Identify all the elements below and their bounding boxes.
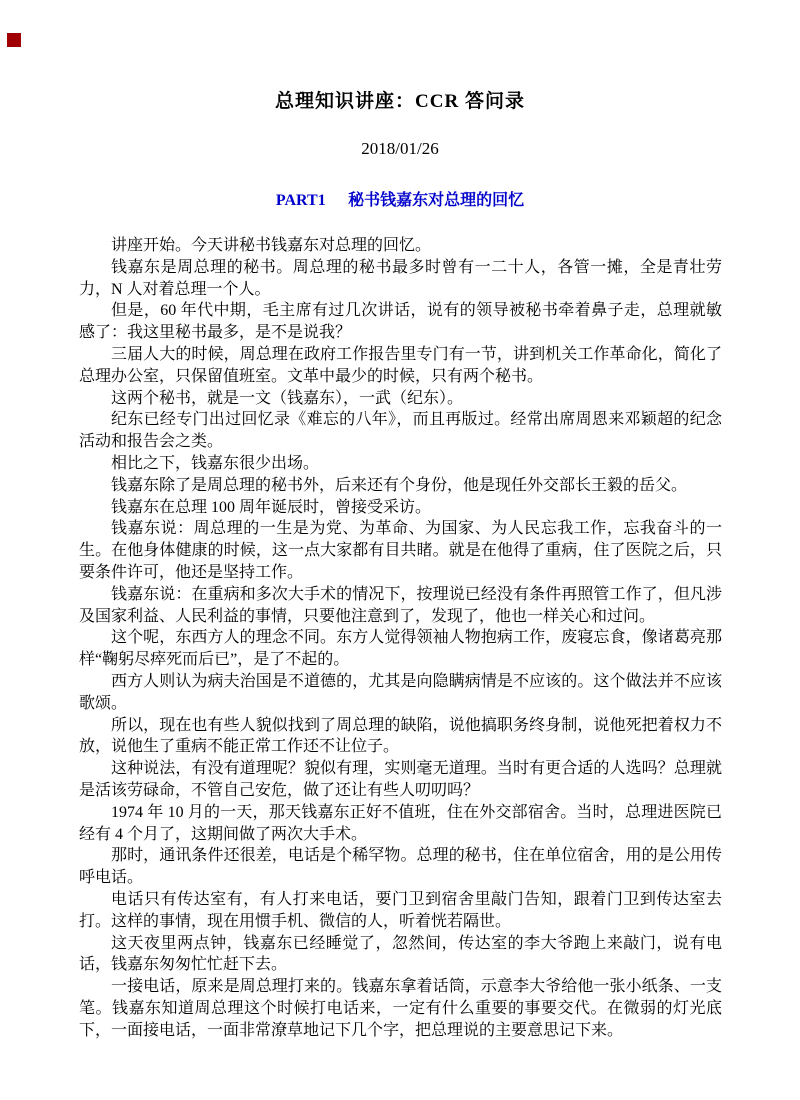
paragraph: 相比之下，钱嘉东很少出场。 [79, 453, 722, 475]
paragraph: 三届人大的时候，周总理在政府工作报告里专门有一节，讲到机关工作革命化，简化了总理… [79, 344, 722, 388]
paragraph: 这个呢，东西方人的理念不同。东方人觉得领袖人物抱病工作，废寝忘食，像诸葛亮那样“… [79, 627, 722, 671]
paragraph: 钱嘉东说：周总理的一生是为党、为革命、为国家、为人民忘我工作，忘我奋斗的一生。在… [79, 518, 722, 583]
paragraph: 所以，现在也有些人貌似找到了周总理的缺陷，说他搞职务终身制，说他死把着权力不放，… [79, 715, 722, 759]
section-heading: PART1秘书钱嘉东对总理的回忆 [0, 191, 800, 210]
paragraph: 讲座开始。今天讲秘书钱嘉东对总理的回忆。 [79, 235, 722, 257]
paragraph: 但是，60 年代中期，毛主席有过几次讲话，说有的领导被秘书牵着鼻子走，总理就敏感… [79, 300, 722, 344]
paragraph: 钱嘉东在总理 100 周年诞辰时，曾接受采访。 [79, 497, 722, 519]
paragraph: 1974 年 10 月的一天，那天钱嘉东正好不值班，住在外交部宿舍。当时，总理进… [79, 802, 722, 846]
paragraph: 纪东已经专门出过回忆录《难忘的八年》，而且再版过。经常出席周恩来邓颖超的纪念活动… [79, 409, 722, 453]
document-date: 2018/01/26 [0, 139, 800, 159]
paragraph: 这两个秘书，就是一文（钱嘉东），一武（纪东）。 [79, 388, 722, 410]
paragraph: 钱嘉东是周总理的秘书。周总理的秘书最多时曾有一二十人，各管一摊，全是青壮劳力，N… [79, 257, 722, 301]
paragraph: 钱嘉东除了是周总理的秘书外，后来还有个身份，他是现任外交部长王毅的岳父。 [79, 475, 722, 497]
paragraph: 一接电话，原来是周总理打来的。钱嘉东拿着话筒，示意李大爷给他一张小纸条、一支笔。… [79, 976, 722, 1041]
paragraph: 电话只有传达室有，有人打来电话，要门卫到宿舍里敲门告知，跟着门卫到传达室去打。这… [79, 889, 722, 933]
document-body: 讲座开始。今天讲秘书钱嘉东对总理的回忆。钱嘉东是周总理的秘书。周总理的秘书最多时… [79, 235, 722, 1041]
paragraph: 这天夜里两点钟，钱嘉东已经睡觉了，忽然间，传达室的李大爷跑上来敲门，说有电话，钱… [79, 933, 722, 977]
document-page: 总理知识讲座：CCR 答问录 2018/01/26 PART1秘书钱嘉东对总理的… [0, 0, 800, 1100]
section-title: 秘书钱嘉东对总理的回忆 [348, 192, 524, 209]
document-title: 总理知识讲座：CCR 答问录 [0, 91, 800, 113]
section-part-label: PART1 [276, 192, 326, 209]
red-square-marker [7, 33, 21, 47]
paragraph: 西方人则认为病夫治国是不道德的，尤其是向隐瞒病情是不应该的。这个做法并不应该歌颂… [79, 671, 722, 715]
paragraph: 这种说法，有没有道理呢？貌似有理，实则毫无道理。当时有更合适的人选吗？总理就是活… [79, 758, 722, 802]
paragraph: 那时，通讯条件还很差，电话是个稀罕物。总理的秘书，住在单位宿舍，用的是公用传呼电… [79, 845, 722, 889]
paragraph: 钱嘉东说：在重病和多次大手术的情况下，按理说已经没有条件再照管工作了，但凡涉及国… [79, 584, 722, 628]
